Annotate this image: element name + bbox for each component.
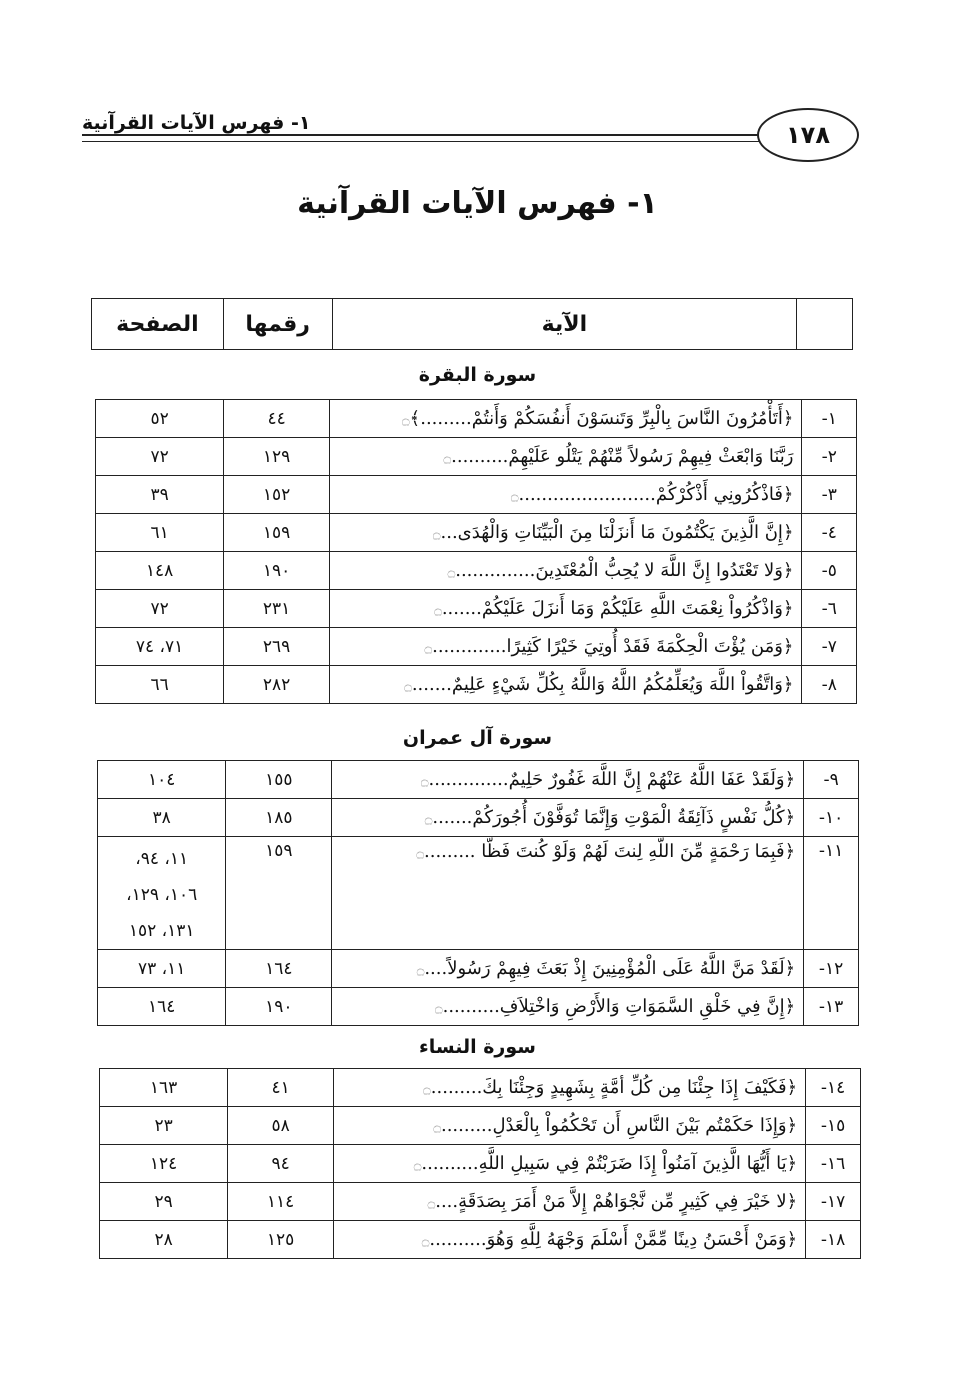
aya-text-content: ﴿وَاتَّقُواْ اللَّهَ وَيُعَلِّمُكُمُ الل…	[412, 674, 794, 695]
aya-text-content: ﴿يَا أَيُّهَا الَّذِينَ آمَنُواْ إِذَا ض…	[421, 1153, 797, 1174]
aya-text-content: ﴿أَتَأْمُرُونَ النَّاسَ بِالْبِرِّ وَتَن…	[410, 408, 794, 429]
aya-text-content: ﴿فَاذْكُرُونِي أَذْكُرْكُمْ.............…	[519, 484, 794, 505]
aya-number: ١١٤	[228, 1183, 334, 1221]
page-refs: ٢٩	[100, 1183, 228, 1221]
surah-table-al-imran: ٩-﴿وَلَقَدْ عَفَا اللَّهُ عَنْهُمْ إِنَّ…	[97, 760, 859, 1026]
aya-end-ornament-icon: ۝	[421, 774, 429, 789]
table-row: ١٤-﴿فَكَيْفَ إِذَا جِئْنَا مِن كُلِّ أمَ…	[100, 1069, 861, 1107]
aya-end-ornament-icon: ۝	[444, 451, 452, 466]
aya-text: ﴿كُلُّ نَفْسٍ ذَآئِقَةُ الْمَوْتِ وَإِنَ…	[332, 799, 804, 837]
aya-text-content: ﴿وَلَقَدْ عَفَا اللَّهُ عَنْهُمْ إِنَّ ا…	[429, 769, 796, 790]
aya-number: ١٦٤	[226, 950, 332, 988]
aya-text: ﴿لَقَدْ مَنَّ اللَّهُ عَلَى الْمُؤْمِنِي…	[332, 950, 804, 988]
aya-end-ornament-icon: ۝	[423, 1082, 431, 1097]
table-row: ٢-رَبَّنَا وَابْعَثْ فِيهِمْ رَسُولاً مِ…	[96, 438, 857, 476]
table-row: ١٥-﴿وَإِذَا حَكَمْتُم بَيْنَ النَّاسِ أَ…	[100, 1107, 861, 1145]
aya-end-ornament-icon: ۝	[433, 1120, 441, 1135]
row-index: ٤-	[802, 514, 857, 552]
row-index: ٩-	[804, 761, 859, 799]
aya-number: ٥٨	[228, 1107, 334, 1145]
aya-number: ١٩٠	[226, 988, 332, 1026]
running-head-title: ١- فهرس الآيات القرآنية	[82, 112, 310, 134]
page-refs: ٣٨	[98, 799, 226, 837]
header-index-cell	[797, 299, 853, 350]
aya-text-content: ﴿وَمَن يُؤْتَ الْحِكْمَةَ فَقَدْ أُوتِيَ…	[432, 636, 793, 657]
aya-number: ١٥٢	[224, 476, 330, 514]
aya-end-ornament-icon: ۝	[416, 846, 424, 861]
page-refs: ٧٢	[96, 590, 224, 628]
aya-text: ﴿إِنَّ الَّذِينَ يَكْتُمُونَ مَا أَنزَلْ…	[330, 514, 802, 552]
aya-text-content: ﴿لا خَيْرَ فِي كَثِيرٍ مِّن نَّجْوَاهُمْ…	[435, 1191, 797, 1212]
aya-text-content: ﴿وَاذْكُرُواْ نِعْمَتَ اللَّهِ عَلَيْكُم…	[442, 598, 794, 619]
header-page-cell: الصفحة	[92, 299, 224, 350]
aya-text-content: ﴿وَمَنْ أَحْسَنُ دِينًا مِّمَّنْ أَسْلَم…	[429, 1229, 797, 1250]
page-refs: ٢٨	[100, 1221, 228, 1259]
aya-end-ornament-icon: ۝	[402, 413, 410, 428]
row-index: ١٢-	[804, 950, 859, 988]
aya-text: ﴿يَا أَيُّهَا الَّذِينَ آمَنُواْ إِذَا ض…	[334, 1145, 806, 1183]
aya-number: ١٥٩	[226, 837, 332, 950]
page-number-badge: ١٧٨	[757, 108, 859, 162]
row-index: ١٦-	[806, 1145, 861, 1183]
table-row: ٥-﴿وَلا تَعْتَدُوا إِنَّ اللَّهَ لا يُحِ…	[96, 552, 857, 590]
aya-number: ١٥٥	[226, 761, 332, 799]
page-refs: ٧٢	[96, 438, 224, 476]
page-ref-line: ١١، ٩٤،	[98, 841, 225, 877]
row-index: ١٠-	[804, 799, 859, 837]
row-index: ٣-	[802, 476, 857, 514]
page-ref-line: ١٣١، ١٥٢	[98, 913, 225, 949]
page-refs: ٥٢	[96, 400, 224, 438]
surah-heading-baqarah: سورة البقرة	[0, 364, 955, 386]
aya-end-ornament-icon: ۝	[511, 489, 519, 504]
surah-table-nisa: ١٤-﴿فَكَيْفَ إِذَا جِئْنَا مِن كُلِّ أمَ…	[99, 1068, 861, 1259]
aya-text: ﴿وَمَنْ أَحْسَنُ دِينًا مِّمَّنْ أَسْلَم…	[334, 1221, 806, 1259]
page-refs: ١٦٣	[100, 1069, 228, 1107]
row-index: ١٨-	[806, 1221, 861, 1259]
aya-number: ٢٦٩	[224, 628, 330, 666]
aya-text: ﴿وَلَقَدْ عَفَا اللَّهُ عَنْهُمْ إِنَّ ا…	[332, 761, 804, 799]
aya-end-ornament-icon: ۝	[404, 679, 412, 694]
aya-number: ٢٣١	[224, 590, 330, 628]
aya-text-content: ﴿إِنَّ فِي خَلْقِ السَّمَوَاتِ وَالأَرْض…	[443, 996, 796, 1017]
aya-text: ﴿لا خَيْرَ فِي كَثِيرٍ مِّن نَّجْوَاهُمْ…	[334, 1183, 806, 1221]
table-row: ١١-﴿فَبِمَا رَحْمَةٍ مِّنَ اللَّهِ لِنتَ…	[98, 837, 859, 950]
aya-number: ٢٨٢	[224, 666, 330, 704]
row-index: ٥-	[802, 552, 857, 590]
table-row: ٣-﴿فَاذْكُرُونِي أَذْكُرْكُمْ...........…	[96, 476, 857, 514]
aya-text-content: ﴿كُلُّ نَفْسٍ ذَآئِقَةُ الْمَوْتِ وَإِنَ…	[432, 807, 795, 828]
aya-text: ﴿إِنَّ فِي خَلْقِ السَّمَوَاتِ وَالأَرْض…	[332, 988, 804, 1026]
aya-number: ١٢٥	[228, 1221, 334, 1259]
header-number-cell: رقمها	[223, 299, 332, 350]
aya-number: ١٩٠	[224, 552, 330, 590]
aya-text: ﴿وَإِذَا حَكَمْتُم بَيْنَ النَّاسِ أَن ت…	[334, 1107, 806, 1145]
page-refs: ١١، ٧٣	[98, 950, 226, 988]
row-index: ١٥-	[806, 1107, 861, 1145]
page-refs: ١٢٤	[100, 1145, 228, 1183]
row-index: ٢-	[802, 438, 857, 476]
table-row: ١٠-﴿كُلُّ نَفْسٍ ذَآئِقَةُ الْمَوْتِ وَإ…	[98, 799, 859, 837]
row-index: ١٤-	[806, 1069, 861, 1107]
row-index: ٦-	[802, 590, 857, 628]
aya-end-ornament-icon: ۝	[435, 1001, 443, 1016]
row-index: ١١-	[804, 837, 859, 950]
table-row: ١٧-﴿لا خَيْرَ فِي كَثِيرٍ مِّن نَّجْوَاه…	[100, 1183, 861, 1221]
table-row: ٧-﴿وَمَن يُؤْتَ الْحِكْمَةَ فَقَدْ أُوتِ…	[96, 628, 857, 666]
aya-text: رَبَّنَا وَابْعَثْ فِيهِمْ رَسُولاً مِّن…	[330, 438, 802, 476]
aya-text-content: رَبَّنَا وَابْعَثْ فِيهِمْ رَسُولاً مِّن…	[451, 446, 793, 467]
row-index: ٨-	[802, 666, 857, 704]
aya-text: ﴿فَكَيْفَ إِذَا جِئْنَا مِن كُلِّ أمَّةٍ…	[334, 1069, 806, 1107]
table-row: ٦-﴿وَاذْكُرُواْ نِعْمَتَ اللَّهِ عَلَيْك…	[96, 590, 857, 628]
table-row: ١٦-﴿يَا أَيُّهَا الَّذِينَ آمَنُواْ إِذَ…	[100, 1145, 861, 1183]
aya-text-content: ﴿فَبِمَا رَحْمَةٍ مِّنَ اللَّهِ لِنتَ لَ…	[424, 841, 795, 862]
table-row: ١٢-﴿لَقَدْ مَنَّ اللَّهُ عَلَى الْمُؤْمِ…	[98, 950, 859, 988]
aya-number: ٤٤	[224, 400, 330, 438]
aya-text: ﴿فَبِمَا رَحْمَةٍ مِّنَ اللَّهِ لِنتَ لَ…	[332, 837, 804, 950]
aya-number: ٩٤	[228, 1145, 334, 1183]
page-refs: ١٦٤	[98, 988, 226, 1026]
page-refs: ٢٣	[100, 1107, 228, 1145]
aya-text: ﴿وَاتَّقُواْ اللَّهَ وَيُعَلِّمُكُمُ الل…	[330, 666, 802, 704]
aya-text: ﴿وَمَن يُؤْتَ الْحِكْمَةَ فَقَدْ أُوتِيَ…	[330, 628, 802, 666]
page-refs: ١١، ٩٤،١٠٦، ١٢٩،١٣١، ١٥٢	[98, 837, 226, 950]
page-refs: ٣٩	[96, 476, 224, 514]
aya-text-content: ﴿فَكَيْفَ إِذَا جِئْنَا مِن كُلِّ أمَّةٍ…	[431, 1077, 797, 1098]
table-row: ٨-﴿وَاتَّقُواْ اللَّهَ وَيُعَلِّمُكُمُ ا…	[96, 666, 857, 704]
aya-text-content: ﴿لَقَدْ مَنَّ اللَّهُ عَلَى الْمُؤْمِنِي…	[424, 958, 795, 979]
row-index: ٧-	[802, 628, 857, 666]
surah-heading-nisa: سورة النساء	[0, 1036, 955, 1058]
surah-table-baqarah: ١-﴿أَتَأْمُرُونَ النَّاسَ بِالْبِرِّ وَت…	[95, 399, 857, 704]
page-ref-line: ١٠٦، ١٢٩،	[98, 877, 225, 913]
aya-text: ﴿وَلا تَعْتَدُوا إِنَّ اللَّهَ لا يُحِبُ…	[330, 552, 802, 590]
table-row: ٤-﴿إِنَّ الَّذِينَ يَكْتُمُونَ مَا أَنزَ…	[96, 514, 857, 552]
table-row: ١-﴿أَتَأْمُرُونَ النَّاسَ بِالْبِرِّ وَت…	[96, 400, 857, 438]
table-row: ١٣-﴿إِنَّ فِي خَلْقِ السَّمَوَاتِ وَالأَ…	[98, 988, 859, 1026]
page-refs: ٧١، ٧٤	[96, 628, 224, 666]
page-refs: ٦٦	[96, 666, 224, 704]
row-index: ١٣-	[804, 988, 859, 1026]
header-rule	[82, 134, 762, 142]
page-title: ١- فهرس الآيات القرآنية	[0, 186, 955, 221]
aya-text: ﴿وَاذْكُرُواْ نِعْمَتَ اللَّهِ عَلَيْكُم…	[330, 590, 802, 628]
aya-text-content: ﴿إِنَّ الَّذِينَ يَكْتُمُونَ مَا أَنزَلْ…	[441, 522, 794, 543]
aya-number: ١٢٩	[224, 438, 330, 476]
surah-heading-al-imran: سورة آل عمران	[0, 727, 955, 749]
page-refs: ١٤٨	[96, 552, 224, 590]
aya-text: ﴿فَاذْكُرُونِي أَذْكُرْكُمْ.............…	[330, 476, 802, 514]
aya-number: ٤١	[228, 1069, 334, 1107]
aya-end-ornament-icon: ۝	[424, 641, 432, 656]
aya-end-ornament-icon: ۝	[433, 527, 441, 542]
aya-number: ١٨٥	[226, 799, 332, 837]
header-aya-cell: الآية	[332, 299, 797, 350]
aya-text-content: ﴿وَإِذَا حَكَمْتُم بَيْنَ النَّاسِ أَن ت…	[441, 1115, 797, 1136]
aya-text-content: ﴿وَلا تَعْتَدُوا إِنَّ اللَّهَ لا يُحِبُ…	[455, 560, 793, 581]
aya-text: ﴿أَتَأْمُرُونَ النَّاسَ بِالْبِرِّ وَتَن…	[330, 400, 802, 438]
page-refs: ٦١	[96, 514, 224, 552]
index-header-table: الآية رقمها الصفحة	[91, 298, 853, 350]
row-index: ١٧-	[806, 1183, 861, 1221]
row-index: ١-	[802, 400, 857, 438]
aya-end-ornament-icon: ۝	[434, 603, 442, 618]
table-row: ٩-﴿وَلَقَدْ عَفَا اللَّهُ عَنْهُمْ إِنَّ…	[98, 761, 859, 799]
aya-number: ١٥٩	[224, 514, 330, 552]
table-row: ١٨-﴿وَمَنْ أَحْسَنُ دِينًا مِّمَّنْ أَسْ…	[100, 1221, 861, 1259]
page-refs: ١٠٤	[98, 761, 226, 799]
